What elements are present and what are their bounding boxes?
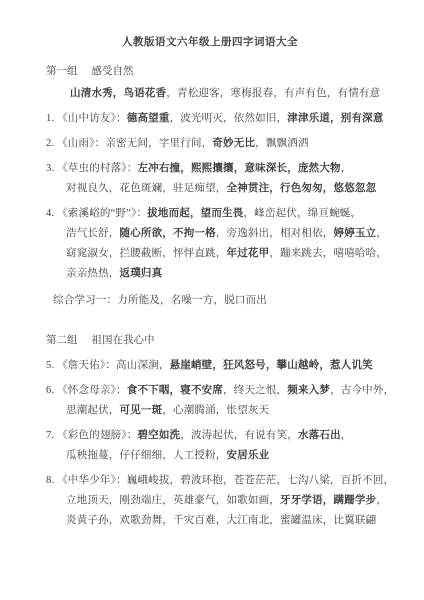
lesson-item: 3. 《草虫的村落》：左冲右撞，熙熙攘攘，意味深长，庞然大物，对视良久，花色斑斓… [46, 159, 398, 199]
phrase: 5. 《詹天佑》：高山深涧， [46, 360, 170, 371]
phrase: 炎黄子孙，欢歌劲舞，千灾百难，大江南北，蜜罐温床，比翼联翩 [66, 515, 376, 526]
lesson-item: 1. 《山中访友》：德高望重，波光明灭，依然如旧，津津乐道，别有深意 [46, 109, 398, 129]
phrase: ， [376, 495, 387, 506]
phrase: ， [341, 430, 352, 441]
section-heading: 第二组祖国在我心中 [46, 331, 398, 351]
phrase-emphasis: 年过花甲 [227, 248, 270, 259]
word-line: 8. 《中华少年》：巍峨峻拔，碧波环抱，苍苍茫茫，七沟八梁，百折不回， [46, 471, 398, 491]
phrase-emphasis: 频来入梦 [287, 385, 330, 396]
word-section: 第二组祖国在我心中5. 《詹天佑》：高山深涧，悬崖峭壁，狂风怒号，攀山越岭，惹人… [46, 331, 398, 531]
phrase: 思潮起伏， [66, 405, 120, 416]
phrase: ，峰峦起伏，绵亘蜿蜒， [243, 208, 361, 219]
phrase-emphasis: 德高望重 [127, 113, 170, 124]
phrase-emphasis: 津津乐道，别有深意 [287, 113, 383, 124]
word-line: 1. 《山中访友》：德高望重，波光明灭，依然如旧，津津乐道，别有深意 [46, 109, 398, 129]
phrase-emphasis: 碧空如洗 [137, 430, 180, 441]
phrase: 1. 《山中访友》： [46, 113, 127, 124]
phrase: ，波涛起伏，有说有笑， [180, 430, 298, 441]
phrase-emphasis: 山清水秀，鸟语花香 [70, 88, 166, 99]
phrase: 亲亲热热， [66, 268, 120, 279]
phrase: ，终天之恨， [223, 385, 287, 396]
word-line: 瓜秧拖蔓，仔仔细细，人工授粉，安居乐业 [46, 446, 398, 466]
word-line: 3. 《草虫的村落》：左冲右撞，熙熙攘攘，意味深长，庞然大物， [46, 159, 398, 179]
intro-block: 山清水秀，鸟语花香，青松迎客，寒梅报春，有声有色，有情有意 [46, 84, 398, 104]
phrase-emphasis: 悬崖峭壁，狂风怒号，攀山越岭，惹人讥笑 [170, 360, 373, 371]
phrase: 浩气长舒， [66, 228, 120, 239]
phrase-emphasis: 食不下咽，寝不安席 [127, 385, 223, 396]
phrase-emphasis: 水落石出 [298, 430, 341, 441]
phrase: ，蹦来跳去，嘻嘻哈哈， [269, 248, 387, 259]
section-theme: 感受自然 [92, 66, 134, 77]
lesson-item: 5. 《詹天佑》：高山深涧，悬崖峭壁，狂风怒号，攀山越岭，惹人讥笑 [46, 356, 398, 376]
document-body: 第一组感受自然山清水秀，鸟语花香，青松迎客，寒梅报春，有声有色，有情有意1. 《… [46, 62, 398, 531]
section-label: 第二组 [46, 335, 78, 346]
phrase-emphasis: 可见一斑 [120, 405, 163, 416]
word-line: 5. 《詹天佑》：高山深涧，悬崖峭壁，狂风怒号，攀山越岭，惹人讥笑 [46, 356, 398, 376]
word-line: 浩气长舒，随心所欲，不拘一格，旁逸斜出，相对相依，婷婷玉立， [46, 224, 398, 244]
phrase: ，飘飘洒洒 [255, 138, 309, 149]
section-heading: 第一组感受自然 [46, 62, 398, 82]
phrase: 4. 《索溪峪的“野”》： [46, 208, 147, 219]
word-section: 第一组感受自然山清水秀，鸟语花香，青松迎客，寒梅报春，有声有色，有情有意1. 《… [46, 62, 398, 311]
word-line: 亲亲热热，返璞归真 [46, 264, 398, 284]
phrase: 8. 《中华少年》：巍峨峻拔，碧波环抱，苍苍茫茫，七沟八梁，百折不回， [46, 475, 394, 486]
phrase-emphasis: 拔地而起，望而生畏 [147, 208, 243, 219]
document-page: 人教版语文六年级上册四字词语大全 第一组感受自然山清水秀，鸟语花香，青松迎客，寒… [0, 0, 424, 600]
word-line: 思潮起伏，可见一斑，心潮腾涌，怅望灰天 [46, 401, 398, 421]
phrase: 7. 《彩色的翅膀》： [46, 430, 137, 441]
word-line: 山清水秀，鸟语花香，青松迎客，寒梅报春，有声有色，有情有意 [46, 84, 398, 104]
phrase-emphasis: 安居乐业 [227, 450, 270, 461]
word-line: 对视良久，花色斑斓，驻足痴望，全神贯注，行色匆匆，悠悠忽忽 [46, 179, 398, 199]
section-label: 第一组 [46, 66, 78, 77]
phrase: 窈窕淑女，拦腰截断，怦怦直跳， [66, 248, 227, 259]
phrase: ，波光明灭，依然如旧， [170, 113, 288, 124]
phrase: ，古今中外， [330, 385, 394, 396]
lesson-item: 6. 《怀念母亲》：食不下咽，寝不安席，终天之恨，频来入梦，古今中外，思潮起伏，… [46, 381, 398, 421]
word-line: 窈窕淑女，拦腰截断，怦怦直跳，年过花甲，蹦来跳去，嘻嘻哈哈， [46, 244, 398, 264]
phrase: 瓜秧拖蔓，仔仔细细，人工授粉， [66, 450, 227, 461]
lesson-item: 2. 《山雨》：亲密无间，字里行间，奇妙无比，飘飘洒洒 [46, 134, 398, 154]
phrase-emphasis: 随心所欲，不拘一格 [120, 228, 216, 239]
phrase-emphasis: 婷婷玉立 [334, 228, 377, 239]
word-line: 立地顶天，刚劲端庄，英雄豪气，如歌如画，牙牙学语，蹒跚学步， [46, 491, 398, 511]
phrase: 立地顶天，刚劲端庄，英雄豪气，如歌如画， [66, 495, 280, 506]
lesson-item: 7. 《彩色的翅膀》：碧空如洗，波涛起伏，有说有笑，水落石出，瓜秧拖蔓，仔仔细细… [46, 426, 398, 466]
summary-block: 综合学习一：力所能及，名噪一方，脱口而出 [46, 291, 398, 311]
lesson-item: 4. 《索溪峪的“野”》：拔地而起，望而生畏，峰峦起伏，绵亘蜿蜒，浩气长舒，随心… [46, 204, 398, 284]
phrase-emphasis: 全神贯注，行色匆匆，悠悠忽忽 [227, 183, 377, 194]
phrase: ， [376, 228, 387, 239]
phrase-emphasis: 牙牙学语，蹒跚学步 [280, 495, 376, 506]
phrase: ，青松迎客，寒梅报春，有声有色，有情有意 [166, 88, 380, 99]
phrase-emphasis: 返璞归真 [120, 268, 163, 279]
phrase-emphasis: 奇妙无比 [212, 138, 255, 149]
word-line: 2. 《山雨》：亲密无间，字里行间，奇妙无比，飘飘洒洒 [46, 134, 398, 154]
phrase: 综合学习一：力所能及，名噪一方，脱口而出 [53, 295, 267, 306]
word-line: 综合学习一：力所能及，名噪一方，脱口而出 [46, 291, 398, 311]
phrase: 3. 《草虫的村落》： [46, 163, 137, 174]
word-line: 7. 《彩色的翅膀》：碧空如洗，波涛起伏，有说有笑，水落石出， [46, 426, 398, 446]
word-line: 炎黄子孙，欢歌劲舞，千灾百难，大江南北，蜜罐温床，比翼联翩 [46, 511, 398, 531]
phrase-emphasis: 左冲右撞，熙熙攘攘，意味深长，庞然大物 [137, 163, 340, 174]
lesson-item: 8. 《中华少年》：巍峨峻拔，碧波环抱，苍苍茫茫，七沟八梁，百折不回，立地顶天，… [46, 471, 398, 531]
phrase: 2. 《山雨》：亲密无间，字里行间， [46, 138, 212, 149]
word-line: 4. 《索溪峪的“野”》：拔地而起，望而生畏，峰峦起伏，绵亘蜿蜒， [46, 204, 398, 224]
phrase: ，旁逸斜出，相对相依， [216, 228, 334, 239]
document-title: 人教版语文六年级上册四字词语大全 [46, 34, 374, 52]
word-line: 6. 《怀念母亲》：食不下咽，寝不安席，终天之恨，频来入梦，古今中外， [46, 381, 398, 401]
phrase: 6. 《怀念母亲》： [46, 385, 127, 396]
phrase: 对视良久，花色斑斓，驻足痴望， [66, 183, 227, 194]
section-theme: 祖国在我心中 [92, 335, 155, 346]
phrase: ，心潮腾涌，怅望灰天 [162, 405, 269, 416]
phrase: ， [341, 163, 352, 174]
